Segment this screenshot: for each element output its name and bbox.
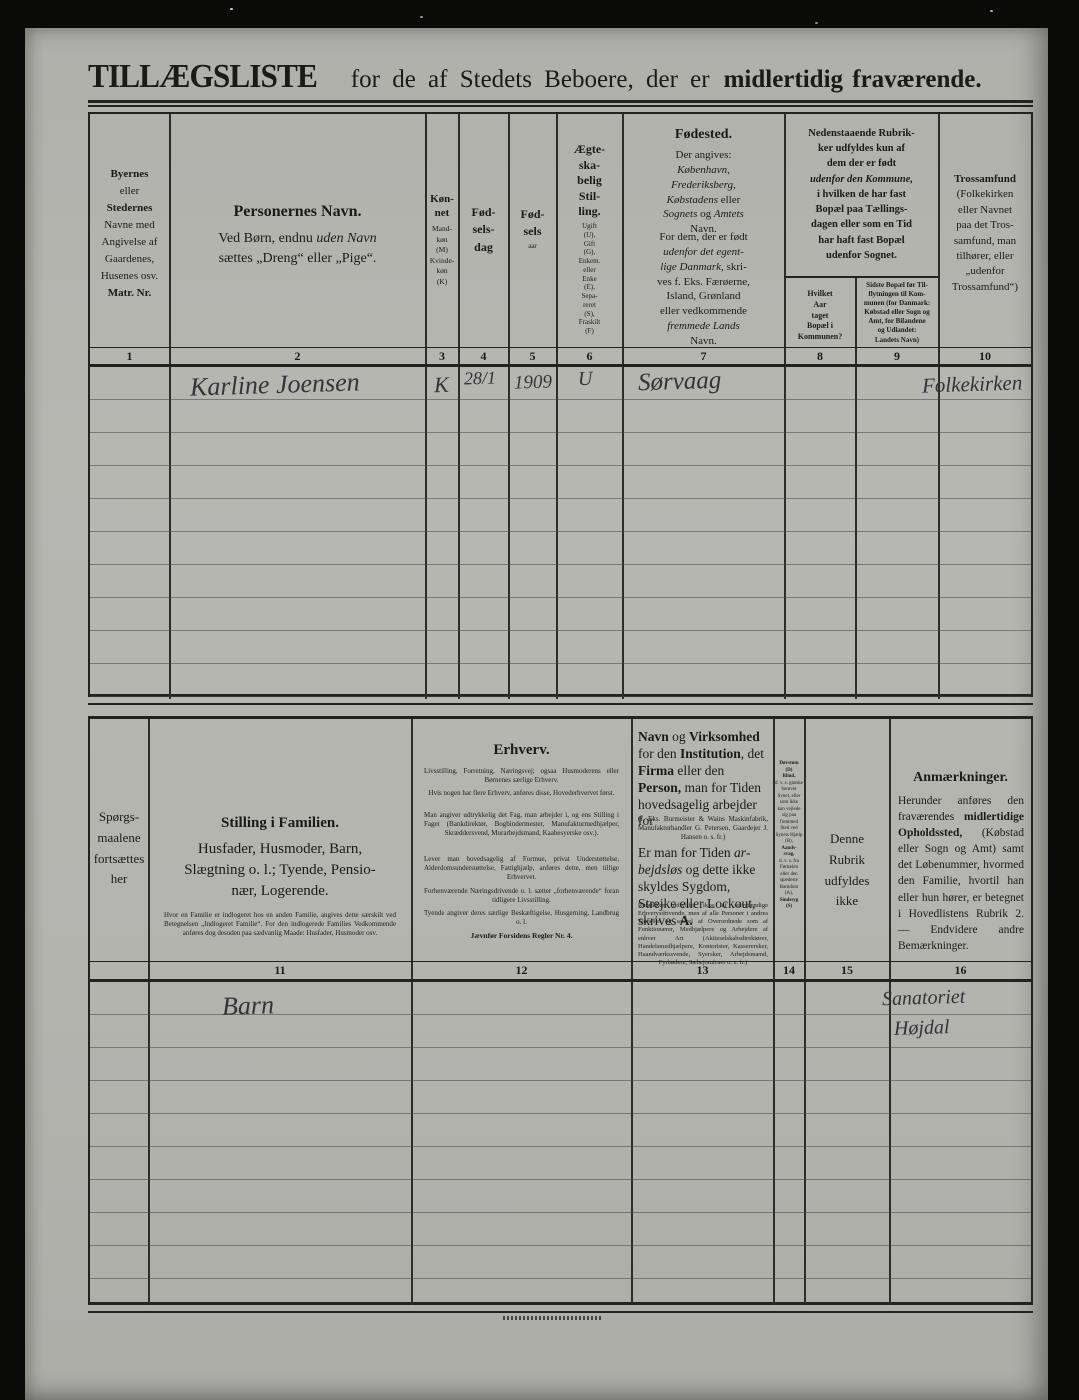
page-title-main: TILLÆGSLISTE bbox=[88, 58, 317, 96]
row1-birthyear-handwritten: 1909 bbox=[514, 371, 553, 394]
col10-header: Trossamfund (Folkekirken eller Navnet pa… bbox=[939, 172, 1031, 295]
col13-fineprint1: (f. Eks. Burmeister & Wains Maskinfabrik… bbox=[638, 815, 768, 841]
col15-header: Denne Rubrik udfyldes ikke bbox=[805, 829, 889, 912]
col7-header-para2: For dem, der er født udenfor det egent- … bbox=[623, 230, 784, 349]
col16-header-title: Anmærkninger. bbox=[890, 769, 1031, 787]
col4-header: Fød- sels- dag bbox=[459, 204, 508, 256]
col12-para5: Forhenværende Næringsdrivende o. l. sætt… bbox=[424, 887, 619, 905]
row1-remark-line2-handwritten: Højdal bbox=[894, 1016, 950, 1041]
page-title-mid: for de af Stedets Beboere, der er bbox=[351, 66, 710, 94]
row1-birthday-handwritten: 28/1 bbox=[464, 368, 497, 390]
row1-marital-handwritten: U bbox=[578, 368, 593, 391]
table-bottom: Spørgs- maalene fortsættes her Stilling … bbox=[88, 716, 1033, 1305]
column-number-14: 14 bbox=[774, 963, 804, 978]
col5-header-title: Fød- sels bbox=[509, 206, 556, 241]
column-number-13: 13 bbox=[632, 963, 773, 978]
table-top: Byernes eller Stedernes Navne med Angive… bbox=[88, 112, 1033, 697]
col7-header-title: Fødested. bbox=[623, 126, 784, 144]
page-title: TILLÆGSLISTE for de af Stedets Beboere, … bbox=[88, 58, 1033, 96]
col16-header-body: Herunder anføres den fraværendes midlert… bbox=[898, 793, 1024, 954]
column-number-6: 6 bbox=[557, 349, 622, 364]
row1-remark-line1-handwritten: Sanatoriet bbox=[882, 986, 966, 1012]
column-number-1: 1 bbox=[90, 349, 169, 364]
row1-birthplace-handwritten: Sørvaag bbox=[638, 367, 722, 398]
column-number-15: 15 bbox=[805, 963, 889, 978]
col9-header: Sidste Bopæl før Til- flytningen til Kom… bbox=[856, 281, 938, 345]
column-number-3: 3 bbox=[426, 349, 458, 364]
col8-header: Hvilket Aar taget Bopæl i Kommunen? bbox=[785, 289, 855, 343]
col13-fineprint2: Rubrikken udfyldes ikke af selvstændige … bbox=[638, 902, 768, 967]
scanned-census-page: TILLÆGSLISTE for de af Stedets Beboere, … bbox=[0, 0, 1079, 1400]
col12-para7: Jævnfør Forsidens Regler Nr. 4. bbox=[424, 931, 619, 941]
col12-para3: Man angiver udtrykkelig det Fag, man arb… bbox=[424, 811, 619, 837]
col5-header-sub: aar bbox=[509, 242, 556, 251]
col11-header-title: Stilling i Familien. bbox=[149, 814, 411, 834]
col3-header-sub: Mand- køn (M) Kvinde- køn (K) bbox=[426, 224, 458, 287]
column-number-8: 8 bbox=[785, 349, 855, 364]
col1-header: Byernes eller Stedernes Navne med Angive… bbox=[90, 166, 169, 302]
column-number-11: 11 bbox=[149, 963, 411, 978]
col8-9-group-header: Nedenstaaende Rubrik- ker udfyldes kun a… bbox=[785, 126, 938, 263]
col6-header-title: Ægte- ska- belig Stil- ling. bbox=[557, 142, 622, 220]
column-number-5: 5 bbox=[509, 349, 556, 364]
col12-para4: Lever man hovedsagelig af Formue, privat… bbox=[424, 855, 619, 881]
col7-header-para1: Der angives: København, Frederiksberg, K… bbox=[623, 148, 784, 237]
col2-header-title: Personernes Navn. bbox=[170, 202, 425, 223]
column-number-2: 2 bbox=[170, 349, 425, 364]
col12-para6: Tyende angiver deres særlige Beskæftigel… bbox=[424, 909, 619, 927]
row1-name-handwritten: Karline Joensen bbox=[190, 367, 361, 402]
col2-header-sub: Ved Børn, endnu uden Navn sættes „Dreng“… bbox=[170, 229, 425, 270]
row1-family-position-handwritten: Barn bbox=[222, 990, 275, 1022]
column-number-12: 12 bbox=[412, 963, 631, 978]
page-title-tail: midlertidig fraværende. bbox=[724, 66, 982, 94]
title-rule-top bbox=[88, 100, 1033, 103]
table-bottom-body-rows bbox=[90, 982, 1031, 1305]
divider bbox=[90, 347, 1031, 348]
col11-header-sub: Husfader, Husmoder, Barn, Slægtning o. l… bbox=[149, 839, 411, 902]
column-number-16: 16 bbox=[890, 963, 1031, 978]
scan-dust-specks bbox=[230, 8, 233, 10]
column-number-4: 4 bbox=[459, 349, 508, 364]
divider bbox=[90, 961, 1031, 962]
col11-header-fineprint: Hvor en Familie er indlogeret hos en and… bbox=[164, 911, 396, 937]
column-number-10: 10 bbox=[939, 349, 1031, 364]
col12-header-title: Erhverv. bbox=[412, 741, 631, 761]
col12-para1: Livsstilling, Forretning, Næringsvej; og… bbox=[424, 767, 619, 785]
table-top-body-rows bbox=[90, 367, 1031, 699]
col14-header: Døvstum (D) Blind, d. v. s. ganske berøv… bbox=[774, 761, 804, 911]
row1-sex-handwritten: K bbox=[434, 372, 449, 398]
divider bbox=[785, 276, 938, 278]
col12-para2: Hvis nogen har flere Erhverv, anføres di… bbox=[424, 789, 619, 798]
bottom-rule bbox=[88, 1311, 1033, 1313]
col6-header-sub: Ugift (U), Gift (G), Enkem. eller Enke (… bbox=[557, 222, 622, 336]
paper-sheet: TILLÆGSLISTE for de af Stedets Beboere, … bbox=[25, 28, 1048, 1400]
printer-imprint bbox=[503, 1316, 603, 1320]
col3-header-title: Køn- net bbox=[426, 192, 458, 221]
row1-religion-handwritten: Folkekirken bbox=[922, 370, 1023, 398]
title-rule-bottom bbox=[88, 105, 1033, 107]
column-number-7: 7 bbox=[623, 349, 784, 364]
column-number-9: 9 bbox=[856, 349, 938, 364]
table-separator-rule bbox=[88, 703, 1033, 705]
continuation-side-label: Spørgs- maalene fortsættes her bbox=[90, 807, 148, 890]
